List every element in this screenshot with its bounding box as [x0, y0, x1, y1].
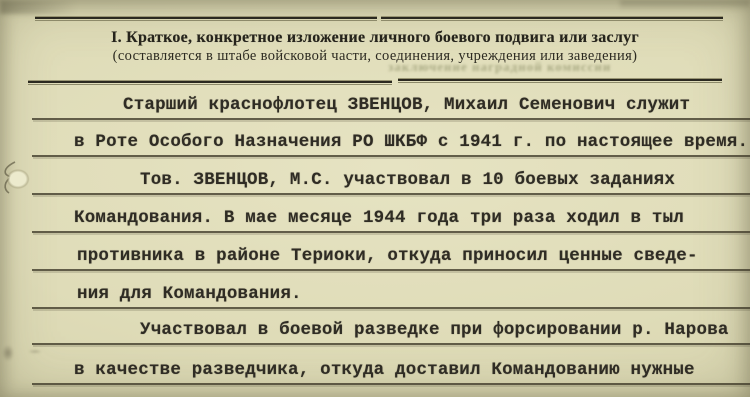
edge-shadow — [620, 0, 750, 10]
scanned-document-page: I. Краткое, конкретное изложение личного… — [0, 0, 750, 397]
typed-line-2: в Роте Особого Назначения РО ШКБФ с 1941… — [32, 131, 750, 157]
section-subheading: (составляется в штабе войсковой части, с… — [0, 48, 750, 64]
top-double-rule-right — [381, 16, 723, 21]
typed-line-4: Командования. В мае месяце 1944 года три… — [32, 207, 750, 233]
top-double-rule-left — [35, 16, 377, 21]
section-heading: I. Краткое, конкретное изложение личного… — [0, 29, 750, 47]
typed-line-5: противника в районе Териоки, откуда прин… — [32, 245, 750, 271]
typed-line-6: ния для Командования. — [32, 283, 750, 309]
smudge-mark — [0, 342, 16, 364]
smudge-dash — [26, 349, 44, 354]
typed-line-7: Участвовал в боевой разведке при форсиро… — [32, 319, 750, 345]
paper-flaw-blob — [3, 166, 33, 192]
header-double-rule-right — [398, 78, 722, 83]
header-double-rule-left — [28, 80, 392, 85]
typed-line-3: Тов. ЗВЕНЦОВ, М.С. участвовал в 10 боевы… — [32, 169, 750, 195]
crease-mark — [0, 160, 22, 201]
typed-line-8: в качестве разведчика, откуда доставил К… — [32, 359, 750, 385]
corner-shadow — [0, 0, 95, 14]
typed-line-1: Старший краснофлотец ЗВЕНЦОВ, Михаил Сем… — [32, 94, 750, 120]
